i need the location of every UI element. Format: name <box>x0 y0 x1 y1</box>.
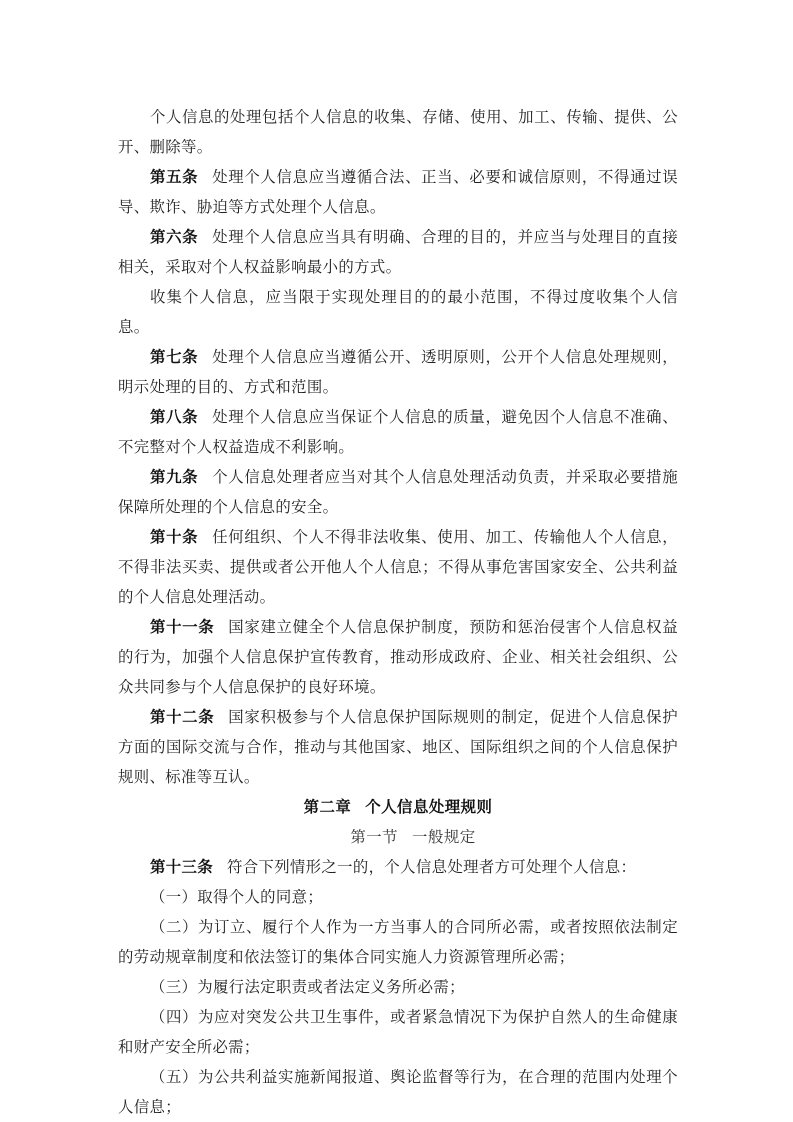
article-7: 第七条处理个人信息应当遵循公开、透明原则，公开个人信息处理规则，明示处理的目的、… <box>118 342 678 402</box>
article-text: 处理个人信息应当具有明确、合理的目的，并应当与处理目的直接相关，采取对个人权益影… <box>118 228 678 276</box>
section-title: 一般规定 <box>412 828 476 846</box>
article-text: 个人信息处理者应当对其个人信息处理活动负责，并采取必要措施保障所处理的个人信息的… <box>118 468 678 516</box>
list-item: （二）为订立、履行个人作为一方当事人的合同所必需，或者按照依法制定的劳动规章制度… <box>118 912 678 972</box>
list-item-text: （二）为订立、履行个人作为一方当事人的合同所必需，或者按照依法制定的劳动规章制度… <box>118 918 678 966</box>
paragraph-text: 个人信息的处理包括个人信息的收集、存储、使用、加工、传输、提供、公开、删除等。 <box>118 108 678 156</box>
article-label: 第九条 <box>150 468 198 486</box>
paragraph-minimum-collection: 收集个人信息，应当限于实现处理目的的最小范围，不得过度收集个人信息。 <box>118 282 678 342</box>
chapter-number: 第二章 <box>304 798 352 816</box>
chapter-title: 个人信息处理规则 <box>365 798 492 816</box>
article-text: 处理个人信息应当遵循公开、透明原则，公开个人信息处理规则，明示处理的目的、方式和… <box>118 348 678 396</box>
article-label: 第五条 <box>150 168 198 186</box>
paragraph-processing-definition: 个人信息的处理包括个人信息的收集、存储、使用、加工、传输、提供、公开、删除等。 <box>118 102 678 162</box>
document-page: 个人信息的处理包括个人信息的收集、存储、使用、加工、传输、提供、公开、删除等。 … <box>118 102 678 1122</box>
article-label: 第十二条 <box>150 708 214 726</box>
list-item: （三）为履行法定职责或者法定义务所必需； <box>118 972 678 1002</box>
article-6: 第六条处理个人信息应当具有明确、合理的目的，并应当与处理目的直接相关，采取对个人… <box>118 222 678 282</box>
article-12: 第十二条国家积极参与个人信息保护国际规则的制定，促进个人信息保护方面的国际交流与… <box>118 702 678 792</box>
article-text: 处理个人信息应当遵循合法、正当、必要和诚信原则，不得通过误导、欺诈、胁迫等方式处… <box>118 168 678 216</box>
article-8: 第八条处理个人信息应当保证个人信息的质量，避免因个人信息不准确、不完整对个人权益… <box>118 402 678 462</box>
list-item-text: （五）为公共利益实施新闻报道、舆论监督等行为，在合理的范围内处理个人信息； <box>118 1068 678 1116</box>
article-9: 第九条个人信息处理者应当对其个人信息处理活动负责，并采取必要措施保障所处理的个人… <box>118 462 678 522</box>
article-11: 第十一条国家建立健全个人信息保护制度，预防和惩治侵害个人信息权益的行为，加强个人… <box>118 612 678 702</box>
article-text: 处理个人信息应当保证个人信息的质量，避免因个人信息不准确、不完整对个人权益造成不… <box>118 408 678 456</box>
article-10: 第十条任何组织、个人不得非法收集、使用、加工、传输他人个人信息，不得非法买卖、提… <box>118 522 678 612</box>
article-label: 第六条 <box>150 228 198 246</box>
article-label: 第七条 <box>150 348 198 366</box>
article-13: 第十三条符合下列情形之一的，个人信息处理者方可处理个人信息： <box>118 852 678 882</box>
article-label: 第十条 <box>150 528 198 546</box>
paragraph-text: 收集个人信息，应当限于实现处理目的的最小范围，不得过度收集个人信息。 <box>118 288 678 336</box>
list-item: （四）为应对突发公共卫生事件，或者紧急情况下为保护自然人的生命健康和财产安全所必… <box>118 1002 678 1062</box>
list-item-text: （一）取得个人的同意； <box>150 888 323 906</box>
section-number: 第一节 <box>350 828 398 846</box>
article-label: 第十三条 <box>150 858 213 876</box>
chapter-heading: 第二章个人信息处理规则 <box>118 792 678 822</box>
article-text: 符合下列情形之一的，个人信息处理者方可处理个人信息： <box>227 858 636 876</box>
article-text: 任何组织、个人不得非法收集、使用、加工、传输他人个人信息，不得非法买卖、提供或者… <box>118 528 678 606</box>
article-5: 第五条处理个人信息应当遵循合法、正当、必要和诚信原则，不得通过误导、欺诈、胁迫等… <box>118 162 678 222</box>
list-item-text: （四）为应对突发公共卫生事件，或者紧急情况下为保护自然人的生命健康和财产安全所必… <box>118 1008 678 1056</box>
article-label: 第十一条 <box>150 618 214 636</box>
list-item: （五）为公共利益实施新闻报道、舆论监督等行为，在合理的范围内处理个人信息； <box>118 1062 678 1122</box>
section-heading: 第一节一般规定 <box>118 822 678 852</box>
list-item-text: （三）为履行法定职责或者法定义务所必需； <box>150 978 465 996</box>
article-label: 第八条 <box>150 408 198 426</box>
list-item: （一）取得个人的同意； <box>118 882 678 912</box>
